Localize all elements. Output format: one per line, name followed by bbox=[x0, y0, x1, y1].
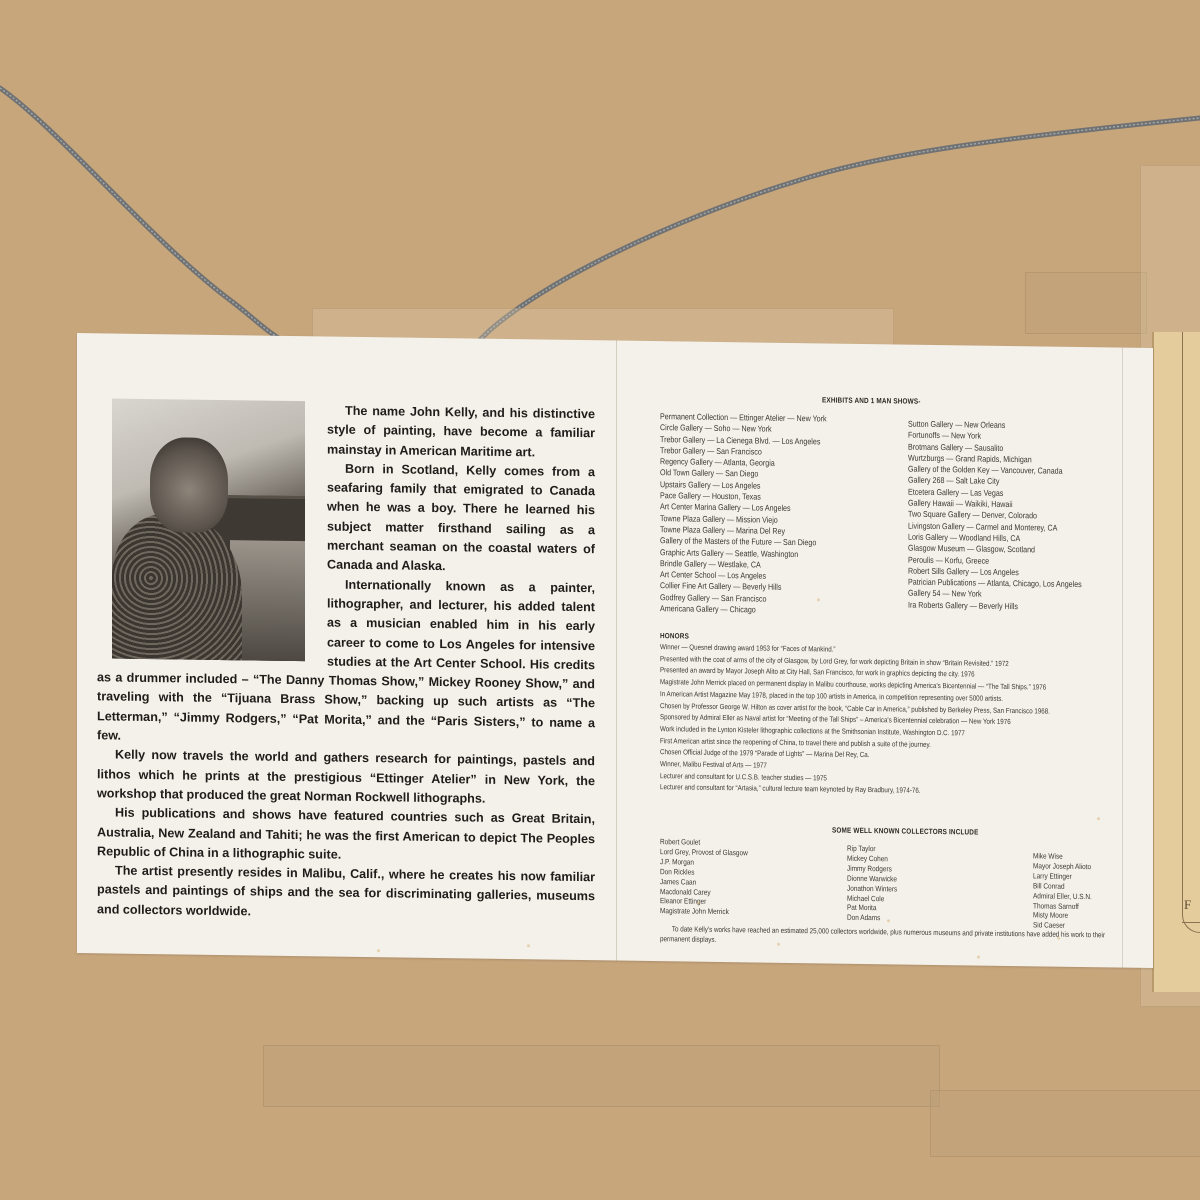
biography-text: The name John Kelly, and his distinctive… bbox=[97, 398, 595, 926]
foxing-spot bbox=[1097, 817, 1100, 820]
collector-name: Larry Ettinger bbox=[1033, 871, 1092, 882]
collector-name: Jimmy Rodgers bbox=[847, 864, 897, 875]
tape-bottom-right bbox=[930, 1090, 1200, 1157]
bio-paragraph: His publications and shows have featured… bbox=[97, 804, 595, 869]
center-fold bbox=[616, 341, 617, 961]
collector-name: Rip Taylor bbox=[847, 844, 897, 855]
hanging-wire bbox=[0, 0, 1200, 340]
collectors-column-1: Robert Goulet Lord Grey, Provost of Glas… bbox=[660, 837, 748, 917]
collectors-column-2: Rip Taylor Mickey Cohen Jimmy Rodgers Di… bbox=[847, 844, 897, 924]
collector-name: Bill Conrad bbox=[1033, 881, 1092, 892]
exhibit-item: Ira Roberts Gallery — Beverly Hills bbox=[908, 599, 1082, 613]
honors-heading: HONORS bbox=[660, 631, 689, 640]
foxing-spot bbox=[777, 943, 780, 946]
collector-name: Dionne Warwicke bbox=[847, 873, 897, 884]
mat-letter: F bbox=[1184, 897, 1191, 913]
mat-border-line bbox=[1182, 332, 1200, 933]
foxing-spot bbox=[527, 944, 530, 947]
collector-name: Admiral Eller, U.S.N. bbox=[1033, 891, 1092, 902]
bio-paragraph: The artist presently resides in Malibu, … bbox=[97, 861, 595, 926]
biography-pamphlet: The name John Kelly, and his distinctive… bbox=[77, 333, 1153, 968]
mat-edge: F bbox=[1152, 332, 1200, 992]
collector-name: Magistrate John Merrick bbox=[660, 906, 748, 917]
collectors-heading: SOME WELL KNOWN COLLECTORS INCLUDE bbox=[832, 826, 979, 837]
collectors-column-3: Mike Wise Mayor Joseph Alioto Larry Etti… bbox=[1033, 851, 1092, 931]
foxing-spot bbox=[817, 598, 820, 601]
honors-list: Winner — Quesnel drawing award 1953 for … bbox=[660, 641, 1136, 800]
collector-name: Mike Wise bbox=[1033, 851, 1092, 862]
collector-name: Jonathon Winters bbox=[847, 883, 897, 894]
exhibit-item: Americana Gallery — Chicago bbox=[660, 603, 827, 617]
collector-name: James Caan bbox=[660, 877, 748, 888]
exhibits-heading: EXHIBITS AND 1 MAN SHOWS- bbox=[822, 395, 921, 405]
tape-top-right bbox=[1025, 272, 1147, 334]
collector-name: Mayor Joseph Alioto bbox=[1033, 861, 1092, 872]
collector-name: Don Adams bbox=[847, 913, 897, 924]
exhibits-right-list: Sutton Gallery — New Orleans Fortunoffs … bbox=[908, 419, 1082, 613]
foxing-spot bbox=[697, 902, 700, 905]
foxing-spot bbox=[377, 949, 380, 952]
exhibits-left-list: Permanent Collection — Ettinger Atelier … bbox=[660, 411, 827, 617]
mat-label-line bbox=[1182, 922, 1200, 923]
foxing-spot bbox=[977, 956, 980, 959]
foxing-spot bbox=[1057, 937, 1060, 940]
bio-paragraph: Kelly now travels the world and gathers … bbox=[97, 746, 595, 811]
collector-name: Mickey Cohen bbox=[847, 854, 897, 865]
foxing-spot bbox=[887, 919, 890, 922]
tape-bottom-center bbox=[263, 1045, 940, 1107]
